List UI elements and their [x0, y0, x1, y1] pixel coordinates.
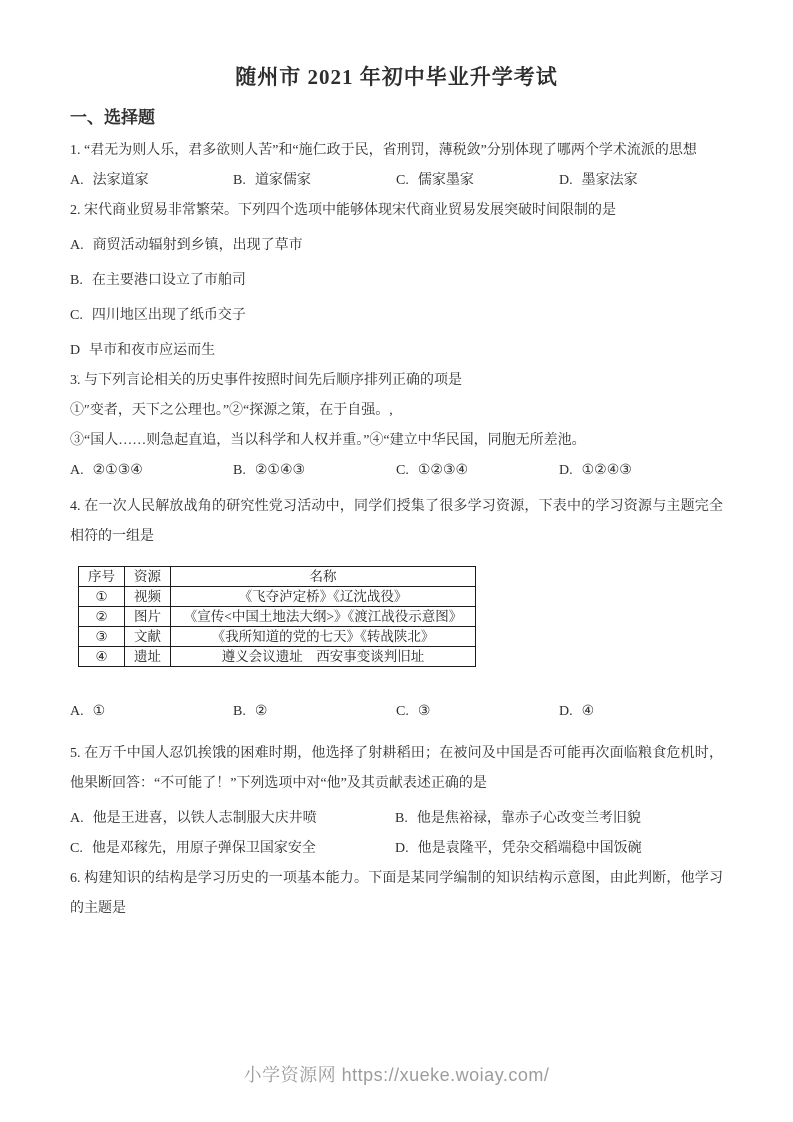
option-text: ④: [582, 704, 595, 719]
option-text: 他是王进喜，以铁人志制服大庆井喷: [93, 811, 317, 826]
option-text: ②: [255, 704, 268, 719]
option-c: C.他是邓稼先，用原子弹保卫国家安全: [70, 834, 395, 864]
option-label: D.: [559, 704, 573, 719]
page-title: 随州市 2021 年初中毕业升学考试: [70, 62, 723, 92]
question-3-statements-2: ③“国人……则急起直追，当以科学和人权并重。”④“建立中华民国，同胞无所差池。: [70, 426, 723, 456]
cell-resource: 图片: [125, 607, 171, 627]
option-label: B.: [233, 463, 246, 478]
question-6: 6. 构建知识的结构是学习历史的一项基本能力。下面是某同学编制的知识结构示意图，…: [70, 864, 723, 924]
question-6-stem: 6. 构建知识的结构是学习历史的一项基本能力。下面是某同学编制的知识结构示意图，…: [70, 864, 723, 924]
option-label: A.: [70, 463, 84, 478]
option-text: ②①④③: [255, 463, 305, 478]
option-text: 早市和夜市应运而生: [89, 343, 215, 358]
question-4-options: A.① B.② C.③ D.④: [70, 697, 723, 727]
option-label: A.: [70, 704, 84, 719]
option-b: B.道家儒家: [233, 166, 396, 196]
question-2: 2. 宋代商业贸易非常繁荣。下列四个选项中能够体现宋代商业贸易发展突破时间限制的…: [70, 196, 723, 366]
question-3: 3. 与下列言论相关的历史事件按照时间先后顺序排列正确的项是 ①″变者，天下之公…: [70, 366, 723, 486]
option-text: 道家儒家: [255, 173, 311, 188]
option-d: D早市和夜市应运而生: [70, 336, 723, 366]
question-1-stem: 1. “君无为则人乐，君多欲则人苦”和“施仁政于民，省刑罚，薄税敛”分别体现了哪…: [70, 136, 723, 166]
option-c: C.③: [396, 697, 559, 727]
cell-name: 《我所知道的党的七天》《转战陕北》: [171, 627, 476, 647]
cell-resource: 遗址: [125, 647, 171, 667]
option-text: 在主要港口设立了市舶司: [92, 273, 246, 288]
option-label: D: [70, 343, 80, 358]
option-text: ③: [418, 704, 431, 719]
option-label: A.: [70, 173, 84, 188]
option-d: D.④: [559, 697, 594, 727]
option-d: D.①②④③: [559, 456, 632, 486]
option-label: C.: [70, 308, 83, 323]
resource-table: 序号 资源 名称 ① 视频 《飞夺泸定桥》《辽沈战役》 ② 图片 《宣传<中国土…: [78, 566, 476, 667]
header-resource: 资源: [125, 567, 171, 587]
option-b: B.②: [233, 697, 396, 727]
question-4: 4. 在一次人民解放战角的研究性党习活动中，同学们授集了很多学习资源，下表中的学…: [70, 492, 723, 727]
option-text: 商贸活动辐射到乡镇，出现了草市: [93, 238, 303, 253]
header-name: 名称: [171, 567, 476, 587]
option-d: D.他是袁隆平，凭杂交稻端稳中国饭碗: [395, 834, 720, 864]
table-header-row: 序号 资源 名称: [79, 567, 476, 587]
option-label: C.: [70, 841, 83, 856]
option-text: 他是焦裕禄，靠赤子心改变兰考旧貌: [417, 811, 641, 826]
option-label: B.: [395, 811, 408, 826]
option-text: 四川地区出现了纸币交子: [92, 308, 246, 323]
question-5-options-row-1: A.他是王进喜，以铁人志制服大庆井喷 B.他是焦裕禄，靠赤子心改变兰考旧貌: [70, 804, 723, 834]
option-text: ①②③④: [418, 463, 468, 478]
option-text: ①②④③: [582, 463, 632, 478]
option-label: A.: [70, 238, 84, 253]
question-2-stem: 2. 宋代商业贸易非常繁荣。下列四个选项中能够体现宋代商业贸易发展突破时间限制的…: [70, 196, 723, 226]
option-a: A.法家道家: [70, 166, 233, 196]
cell-number: ②: [79, 607, 125, 627]
question-1: 1. “君无为则人乐，君多欲则人苦”和“施仁政于民，省刑罚，薄税敛”分别体现了哪…: [70, 136, 723, 196]
option-label: B.: [233, 704, 246, 719]
option-text: 儒家墨家: [418, 173, 474, 188]
option-b: B.②①④③: [233, 456, 396, 486]
option-label: D.: [559, 173, 573, 188]
option-label: C.: [396, 173, 409, 188]
option-c: C.①②③④: [396, 456, 559, 486]
question-1-options: A.法家道家 B.道家儒家 C.儒家墨家 D.墨家法家: [70, 166, 723, 196]
option-label: B.: [70, 273, 83, 288]
table-row: ① 视频 《飞夺泸定桥》《辽沈战役》: [79, 587, 476, 607]
question-5-stem: 5. 在万千中国人忍饥挨饿的困难时期，他选择了射耕稻田；在被问及中国是否可能再次…: [70, 739, 723, 799]
option-c: C.四川地区出现了纸币交子: [70, 301, 723, 331]
option-a: A.商贸活动辐射到乡镇，出现了草市: [70, 231, 723, 261]
option-text: 墨家法家: [582, 173, 638, 188]
option-label: C.: [396, 463, 409, 478]
cell-name: 《宣传<中国土地法大纲>》《渡江战役示意图》: [171, 607, 476, 627]
table-row: ② 图片 《宣传<中国土地法大纲>》《渡江战役示意图》: [79, 607, 476, 627]
option-text: 他是邓稼先，用原子弹保卫国家安全: [92, 841, 316, 856]
option-text: ②①③④: [93, 463, 143, 478]
question-3-stem: 3. 与下列言论相关的历史事件按照时间先后顺序排列正确的项是: [70, 366, 723, 396]
option-text: ①: [93, 704, 106, 719]
question-5: 5. 在万千中国人忍饥挨饿的困难时期，他选择了射耕稻田；在被问及中国是否可能再次…: [70, 739, 723, 864]
question-2-options: A.商贸活动辐射到乡镇，出现了草市 B.在主要港口设立了市舶司 C.四川地区出现…: [70, 231, 723, 366]
cell-resource: 视频: [125, 587, 171, 607]
cell-number: ①: [79, 587, 125, 607]
option-a: A.他是王进喜，以铁人志制服大庆井喷: [70, 804, 395, 834]
option-label: A.: [70, 811, 84, 826]
option-d: D.墨家法家: [559, 166, 638, 196]
question-3-options: A.②①③④ B.②①④③ C.①②③④ D.①②④③: [70, 456, 723, 486]
section-heading: 一、选择题: [70, 106, 723, 130]
option-a: A.②①③④: [70, 456, 233, 486]
header-number: 序号: [79, 567, 125, 587]
question-3-statements-1: ①″变者，天下之公理也。”②“探源之策，在于自强。,: [70, 396, 723, 426]
option-c: C.儒家墨家: [396, 166, 559, 196]
cell-number: ④: [79, 647, 125, 667]
cell-name: 《飞夺泸定桥》《辽沈战役》: [171, 587, 476, 607]
scan-artifact: ˈ: [76, 374, 80, 385]
option-b: B.他是焦裕禄，靠赤子心改变兰考旧貌: [395, 804, 720, 834]
option-text: 法家道家: [93, 173, 149, 188]
question-4-stem: 4. 在一次人民解放战角的研究性党习活动中，同学们授集了很多学习资源，下表中的学…: [70, 492, 723, 552]
watermark-footer: 小学资源网 https://xueke.woiay.com/: [0, 1062, 793, 1088]
cell-name: 遵义会议遗址 西安事变谈判旧址: [171, 647, 476, 667]
question-5-options-row-2: C.他是邓稼先，用原子弹保卫国家安全 D.他是袁隆平，凭杂交稻端稳中国饭碗: [70, 834, 723, 864]
table-row: ③ 文献 《我所知道的党的七天》《转战陕北》: [79, 627, 476, 647]
exam-page: 随州市 2021 年初中毕业升学考试 一、选择题 1. “君无为则人乐，君多欲则…: [0, 0, 793, 1122]
option-label: C.: [396, 704, 409, 719]
cell-resource: 文献: [125, 627, 171, 647]
option-label: D.: [559, 463, 573, 478]
option-label: B.: [233, 173, 246, 188]
cell-number: ③: [79, 627, 125, 647]
option-b: B.在主要港口设立了市舶司: [70, 266, 723, 296]
option-a: A.①: [70, 697, 233, 727]
table-row: ④ 遗址 遵义会议遗址 西安事变谈判旧址: [79, 647, 476, 667]
option-label: D.: [395, 841, 409, 856]
option-text: 他是袁隆平，凭杂交稻端稳中国饭碗: [418, 841, 642, 856]
